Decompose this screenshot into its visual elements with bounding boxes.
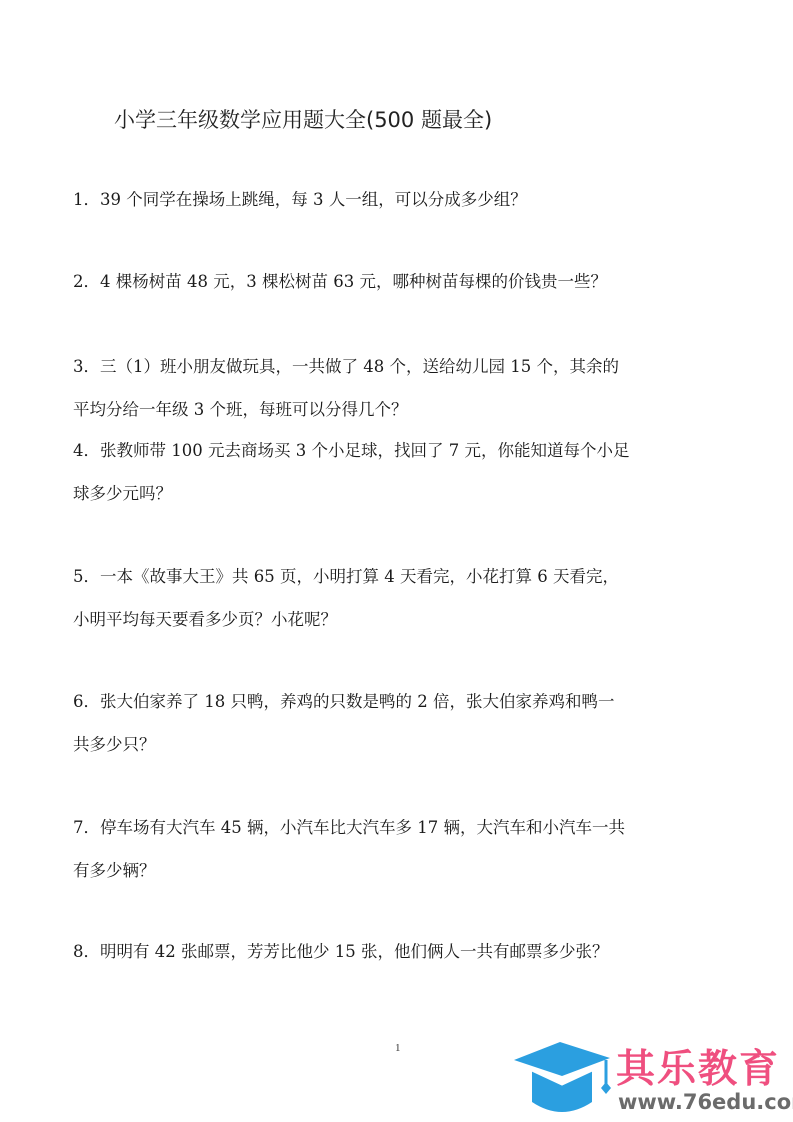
watermark-logo: 其乐教育 www.76edu.com (510, 1040, 793, 1122)
question-line: 2．4 棵杨树苗 48 元，3 棵松树苗 63 元，哪种树苗每棵的价钱贵一些？ (73, 260, 733, 303)
question-line: 小明平均每天要看多少页？小花呢？ (73, 598, 733, 641)
question-line: 8．明明有 42 张邮票，芳芳比他少 15 张，他们俩人一共有邮票多少张？ (73, 930, 733, 973)
question-line: 平均分给一年级 3 个班，每班可以分得几个？ (73, 388, 733, 431)
question-3: 3．三（1）班小朋友做玩具，一共做了 48 个，送给幼儿园 15 个，其余的 平… (73, 345, 733, 431)
question-line: 球多少元吗？ (73, 472, 733, 515)
question-line: 4．张教师带 100 元去商场买 3 个小足球，找回了 7 元，你能知道每个小足 (73, 429, 733, 472)
question-2: 2．4 棵杨树苗 48 元，3 棵松树苗 63 元，哪种树苗每棵的价钱贵一些？ (73, 260, 733, 303)
graduation-cap-icon (510, 1040, 622, 1120)
question-5: 5．一本《故事大王》共 65 页，小明打算 4 天看完，小花打算 6 天看完， … (73, 555, 733, 641)
question-8: 8．明明有 42 张邮票，芳芳比他少 15 张，他们俩人一共有邮票多少张？ (73, 930, 733, 973)
question-4: 4．张教师带 100 元去商场买 3 个小足球，找回了 7 元，你能知道每个小足… (73, 429, 733, 515)
brand-name: 其乐教育 (616, 1038, 780, 1094)
question-line: 6．张大伯家养了 18 只鸭，养鸡的只数是鸭的 2 倍，张大伯家养鸡和鸭一 (73, 680, 733, 723)
question-line: 共多少只？ (73, 723, 733, 766)
question-7: 7．停车场有大汽车 45 辆，小汽车比大汽车多 17 辆，大汽车和小汽车一共 有… (73, 806, 733, 892)
document-title: 小学三年级数学应用题大全(500 题最全) (114, 104, 492, 134)
question-line: 3．三（1）班小朋友做玩具，一共做了 48 个，送给幼儿园 15 个，其余的 (73, 345, 733, 388)
question-line: 1．39 个同学在操场上跳绳，每 3 人一组，可以分成多少组？ (73, 178, 733, 221)
brand-url: www.76edu.com (618, 1090, 793, 1114)
question-1: 1．39 个同学在操场上跳绳，每 3 人一组，可以分成多少组？ (73, 178, 733, 221)
question-line: 7．停车场有大汽车 45 辆，小汽车比大汽车多 17 辆，大汽车和小汽车一共 (73, 806, 733, 849)
question-line: 5．一本《故事大王》共 65 页，小明打算 4 天看完，小花打算 6 天看完， (73, 555, 733, 598)
question-6: 6．张大伯家养了 18 只鸭，养鸡的只数是鸭的 2 倍，张大伯家养鸡和鸭一 共多… (73, 680, 733, 766)
page-number: 1 (395, 1042, 401, 1054)
question-line: 有多少辆？ (73, 849, 733, 892)
